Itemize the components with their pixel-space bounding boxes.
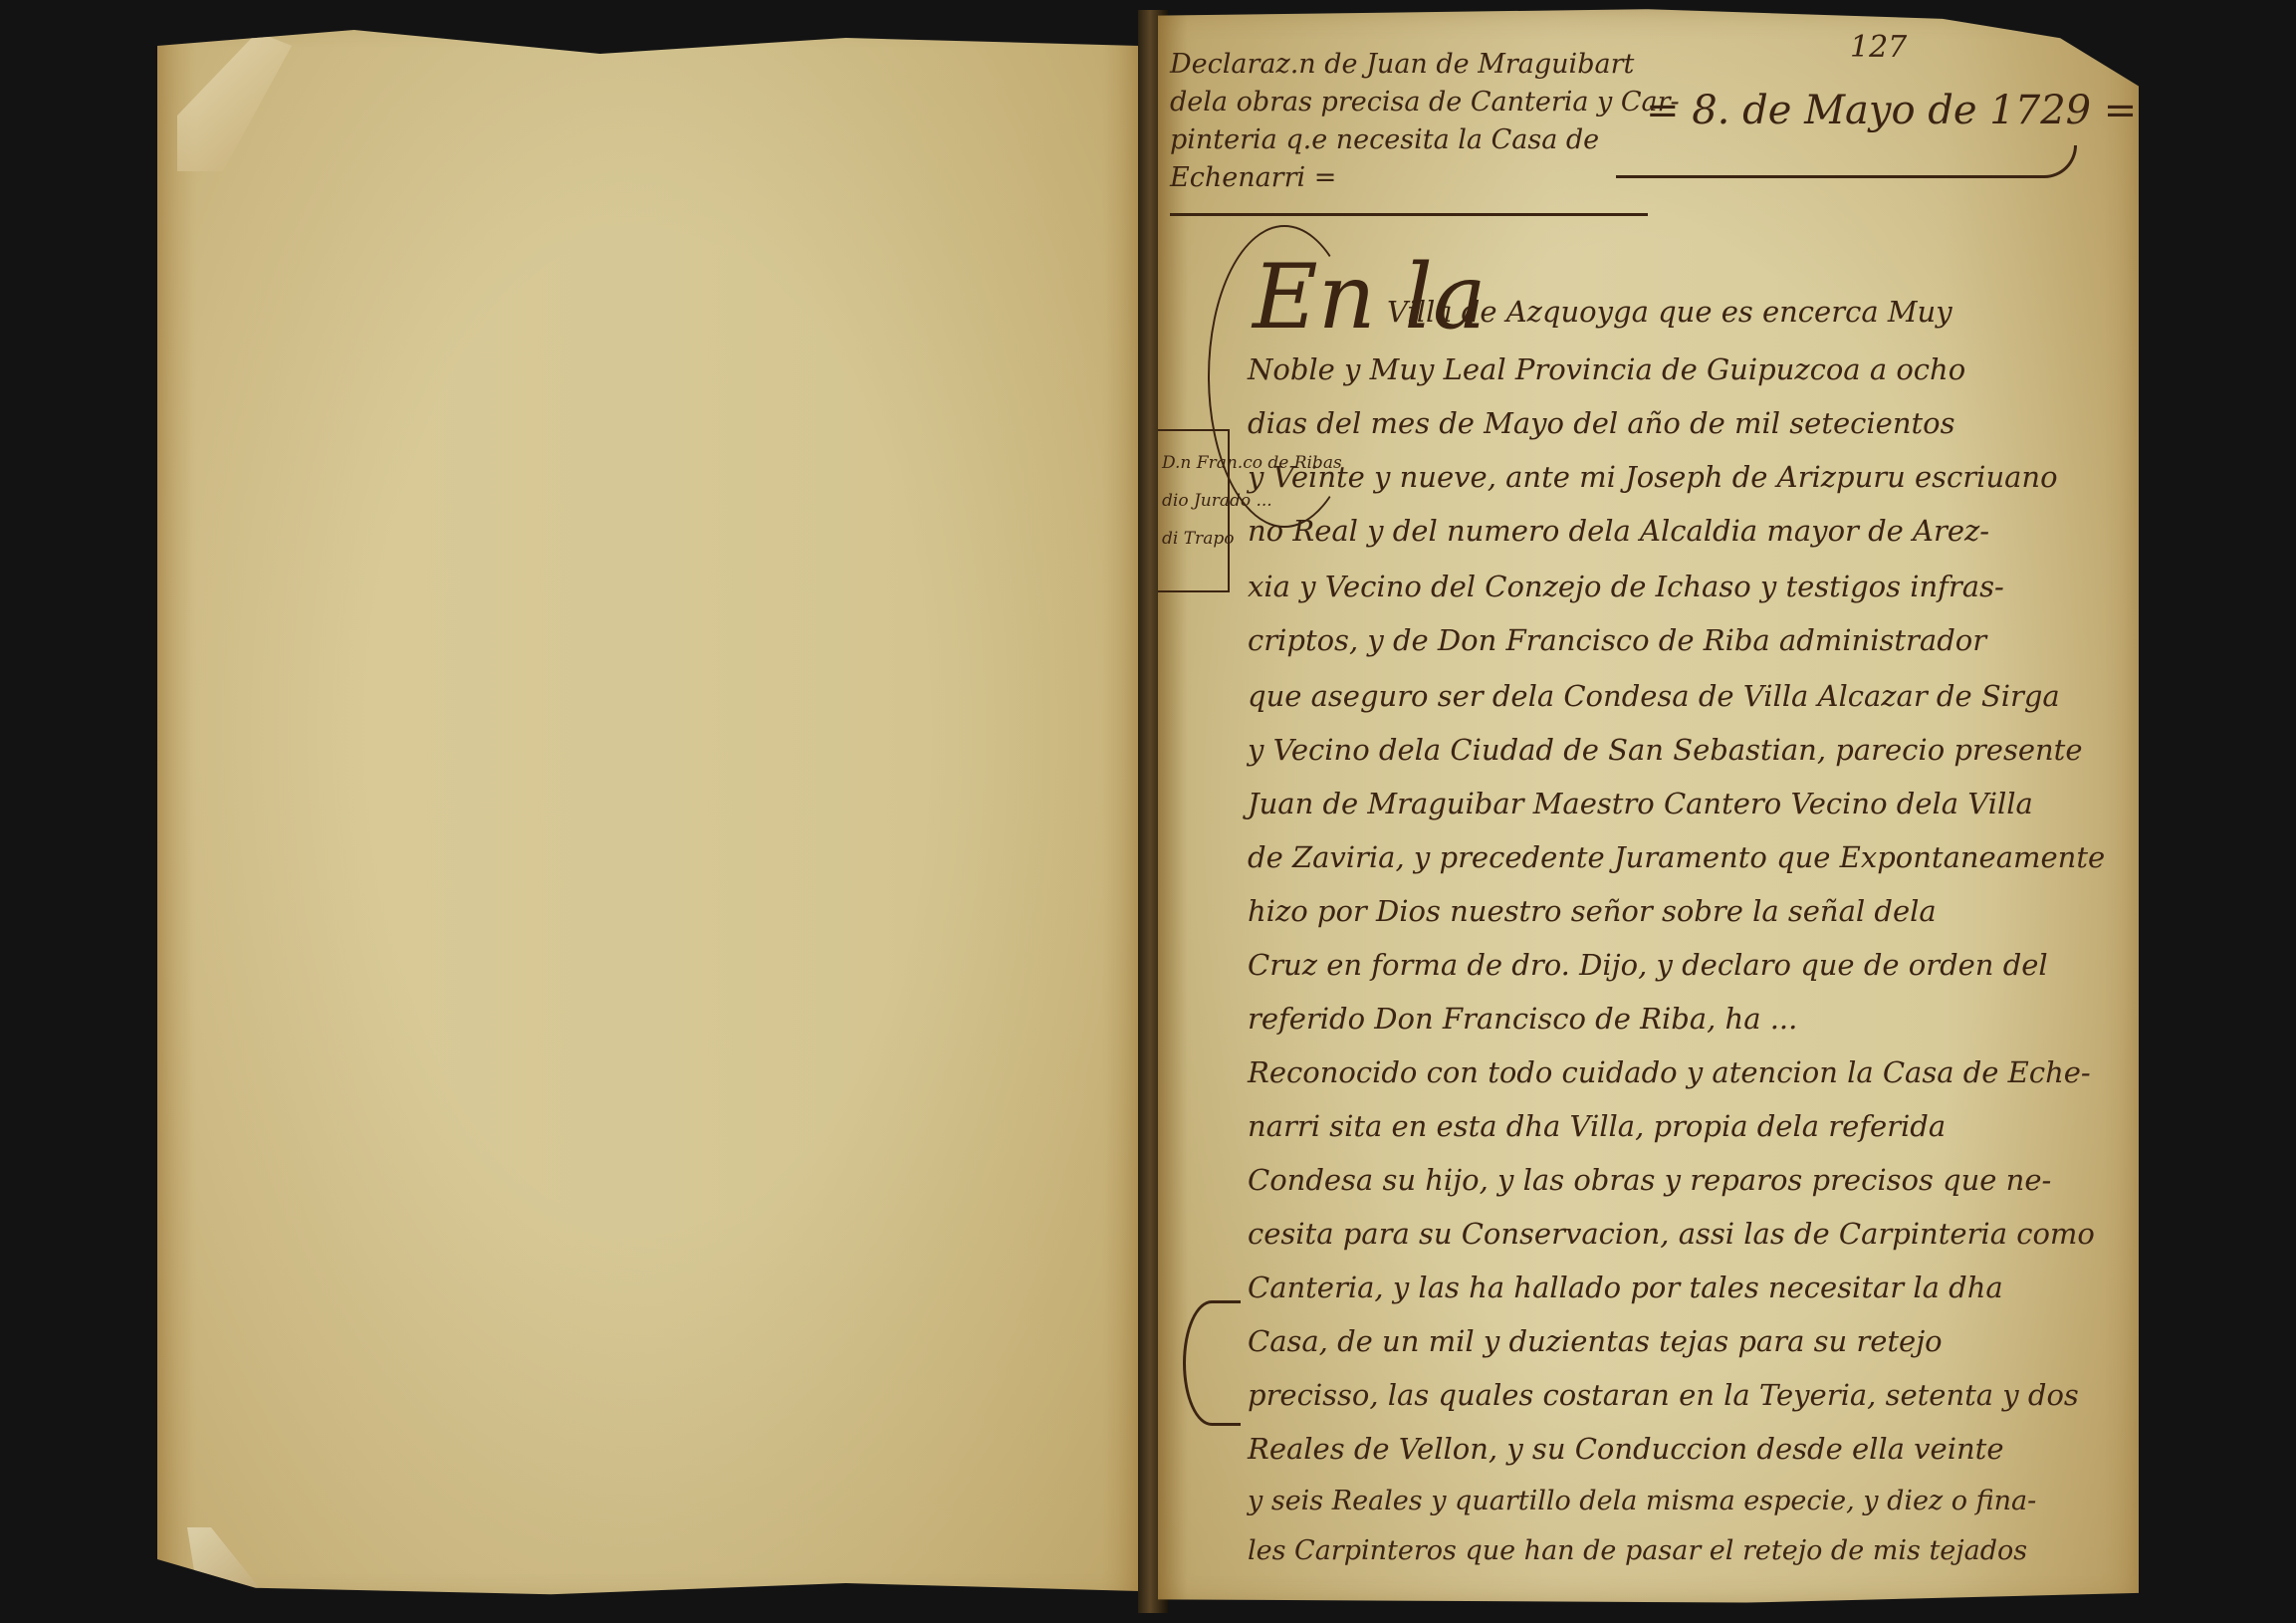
heading-rule	[1170, 213, 1648, 216]
heading-line: pinteria q.e necesita la Casa de	[1170, 121, 1680, 159]
body-line: de Zaviria, y precedente Juramento que E…	[1248, 840, 2105, 874]
body-line: y Vecino dela Ciudad de San Sebastian, p…	[1248, 733, 2083, 767]
body-line: que aseguro ser dela Condesa de Villa Al…	[1248, 679, 2060, 713]
heading-date: = 8. de Mayo de 1729 =	[1646, 88, 2137, 133]
body-line: Canteria, y las ha hallado por tales nec…	[1248, 1271, 2003, 1304]
body-line: cesita para su Conservacion, assi las de…	[1248, 1217, 2095, 1251]
body-line: y seis Reales y quartillo dela misma esp…	[1248, 1486, 2036, 1516]
book-spread: 127 Declaraz.n de Juan de Mraguibart del…	[157, 0, 2139, 1623]
body-line: dias del mes de Mayo del año de mil sete…	[1248, 406, 1955, 440]
heading-line: Echenarri =	[1170, 159, 1680, 197]
body-line: referido Don Francisco de Riba, ha ...	[1248, 1002, 1797, 1036]
body-line: Casa, de un mil y duzientas tejas para s…	[1248, 1324, 1943, 1358]
body-line: Noble y Muy Leal Provincia de Guipuzcoa …	[1248, 352, 1965, 386]
date-flourish	[1616, 145, 2077, 178]
body-line: xia y Vecino del Conzejo de Ichaso y tes…	[1248, 570, 2004, 603]
body-line: Condesa su hijo, y las obras y reparos p…	[1248, 1163, 2051, 1197]
heading-line: Declaraz.n de Juan de Mraguibart	[1170, 46, 1680, 84]
body-line: criptos, y de Don Francisco de Riba admi…	[1248, 623, 1986, 657]
left-page-blank	[157, 14, 1141, 1607]
body-line: Juan de Mraguibar Maestro Cantero Vecino…	[1248, 787, 2033, 820]
heading-line: dela obras precisa de Canteria y Car-	[1170, 84, 1680, 121]
body-line: precisso, las quales costaran en la Teye…	[1248, 1378, 2079, 1412]
body-line: Reconocido con todo cuidado y atencion l…	[1248, 1055, 2091, 1089]
body-line: Reales de Vellon, y su Conduccion desde …	[1248, 1432, 2003, 1466]
folio-number: 127	[1850, 30, 1907, 65]
body-line: Villa de Azquoyga que es encerca Muy	[1387, 295, 1952, 329]
right-page-manuscript: 127 Declaraz.n de Juan de Mraguibart del…	[1158, 6, 2139, 1609]
margin-flourish	[1183, 1300, 1241, 1426]
body-line: Cruz en forma de dro. Dijo, y declaro qu…	[1248, 948, 2048, 982]
heading-block: Declaraz.n de Juan de Mraguibart dela ob…	[1170, 46, 1680, 197]
body-line: no Real y del numero dela Alcaldia mayor…	[1248, 514, 1989, 548]
body-line: y Veinte y nueve, ante mi Joseph de Ariz…	[1248, 460, 2058, 494]
folded-corner-bottom	[187, 1527, 267, 1623]
body-line: narri sita en esta dha Villa, propia del…	[1248, 1109, 1946, 1143]
torn-corner-top	[177, 32, 292, 171]
body-line: hizo por Dios nuestro señor sobre la señ…	[1248, 894, 1937, 928]
body-line: les Carpinteros que han de pasar el rete…	[1248, 1535, 2027, 1566]
